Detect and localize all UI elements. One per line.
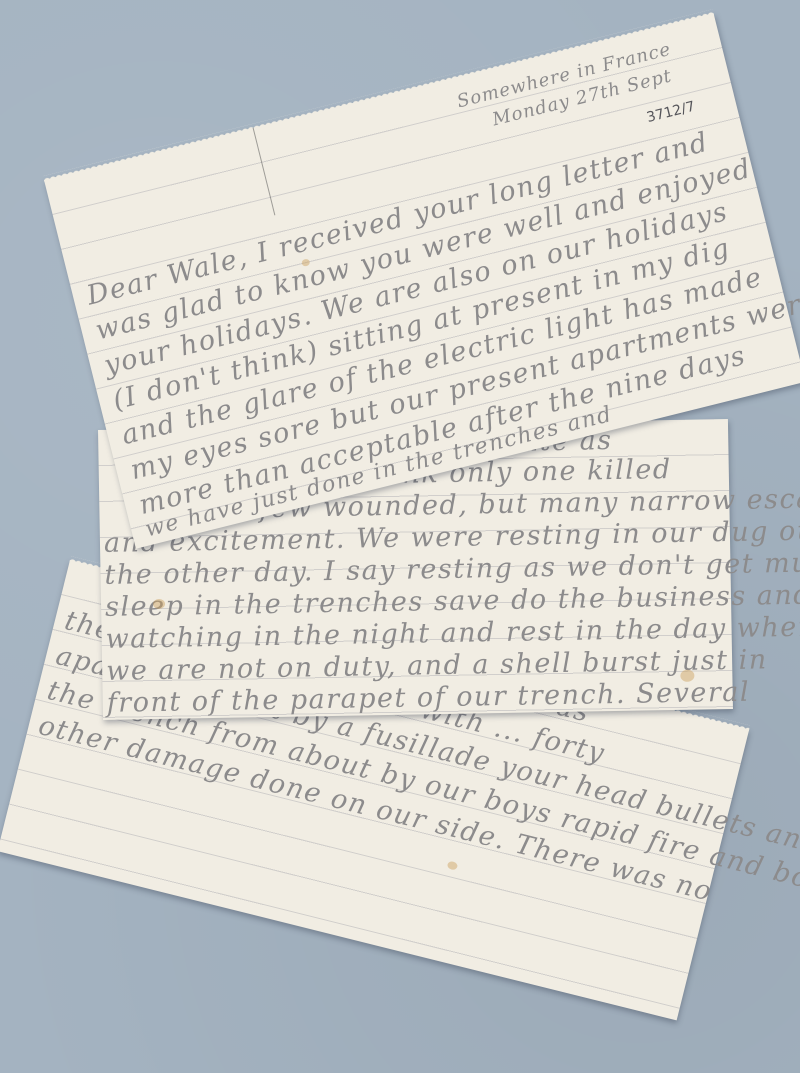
stain [447, 861, 459, 871]
fold-crease [253, 128, 276, 216]
archive-reference: 3712/7 [645, 99, 697, 126]
